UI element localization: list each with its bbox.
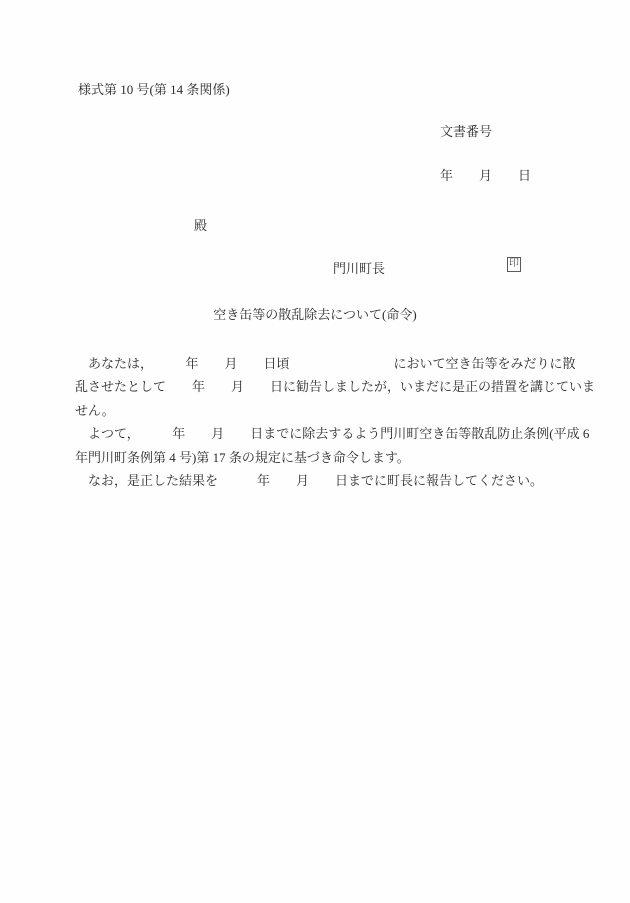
body-line: よつて， 年 月 日までに除去するよう門川町空き缶等散乱防止条例(平成 6 (75, 422, 585, 445)
seal-mark: 印 (507, 257, 521, 272)
sender-title: 門川町長 (333, 258, 385, 277)
document-number-label: 文書番号 (440, 121, 492, 140)
body-line: 年門川町条例第 4 号)第 17 条の規定に基づき命令します。 (75, 446, 585, 469)
body-paragraphs: あなたは， 年 月 日頃 において空き缶等をみだりに散 乱させたとして 年 月 … (75, 352, 585, 492)
addressee-honorific: 殿 (194, 215, 207, 234)
header-date-line: 年 月 日 (440, 165, 531, 184)
body-line: あなたは， 年 月 日頃 において空き缶等をみだりに散 (75, 352, 585, 375)
document-page: 様式第 10 号(第 14 条関係) 文書番号 年 月 日 殿 門川町長 印 空… (0, 0, 630, 903)
document-title: 空き缶等の散乱除去について(命令) (0, 304, 630, 323)
body-line: 乱させたとして 年 月 日に勧告しましたが，いまだに是正の措置を講じていま (75, 375, 585, 398)
body-line: せん。 (75, 399, 585, 422)
form-number: 様式第 10 号(第 14 条関係) (78, 79, 230, 98)
body-line: なお，是正した結果を 年 月 日までに町長に報告してください。 (75, 469, 585, 492)
